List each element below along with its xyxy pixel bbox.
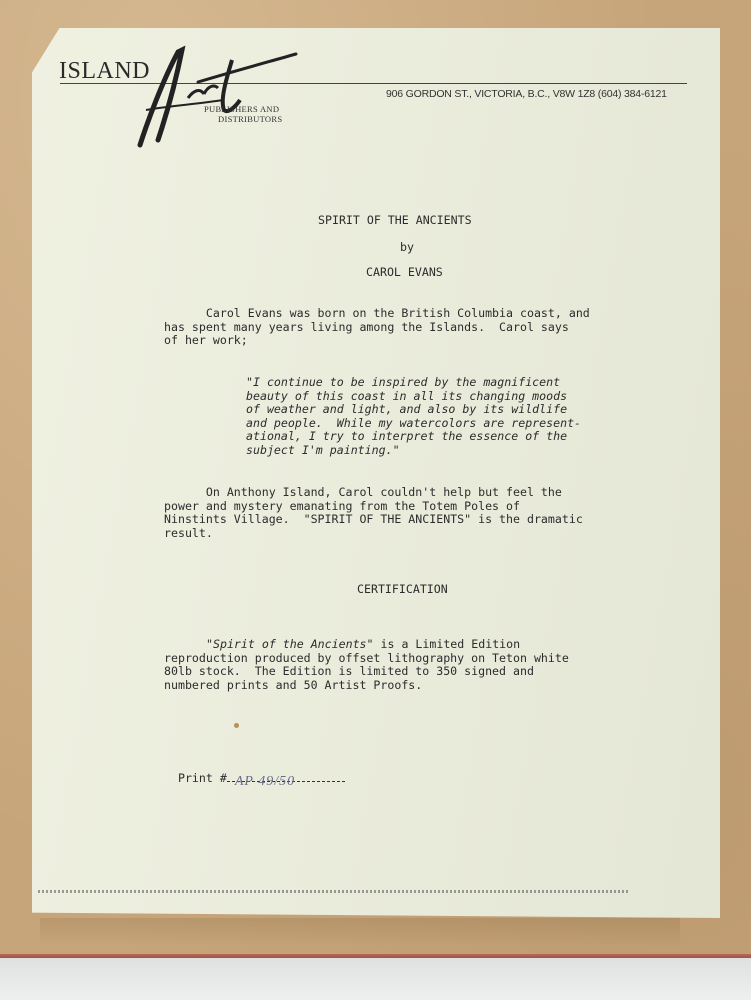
perforation-line (38, 890, 628, 893)
certification-paragraph: "Spirit of the Ancients" is a Limited Ed… (164, 638, 569, 692)
byline: by (400, 241, 414, 255)
print-number-value: AP 49/50 (235, 775, 295, 789)
letterhead-address: 906 GORDON ST., VICTORIA, B.C., V8W 1Z8 … (386, 88, 667, 100)
document-title: SPIRIT OF THE ANCIENTS (318, 214, 472, 228)
print-number-line: AP 49/50 (227, 781, 345, 782)
logo-art-script-icon (128, 40, 298, 150)
print-number-label: Print # (178, 771, 227, 785)
intro-paragraph: Carol Evans was born on the British Colu… (164, 307, 590, 348)
background-surface (0, 958, 751, 1000)
certificate-sheet (32, 28, 720, 918)
certification-heading: CERTIFICATION (357, 583, 448, 597)
paper-shadow (40, 918, 680, 946)
logo-subtitle: PUBLISHERS AND DISTRIBUTORS (204, 104, 282, 124)
print-number-field: Print #AP 49/50 (164, 758, 345, 785)
closing-paragraph: On Anthony Island, Carol couldn't help b… (164, 486, 583, 540)
paper-stain (234, 723, 239, 728)
author-name: CAROL EVANS (366, 266, 443, 280)
artwork-title: "Spirit of the Ancients" (164, 637, 374, 651)
artist-quote: "I continue to be inspired by the magnif… (246, 376, 581, 457)
